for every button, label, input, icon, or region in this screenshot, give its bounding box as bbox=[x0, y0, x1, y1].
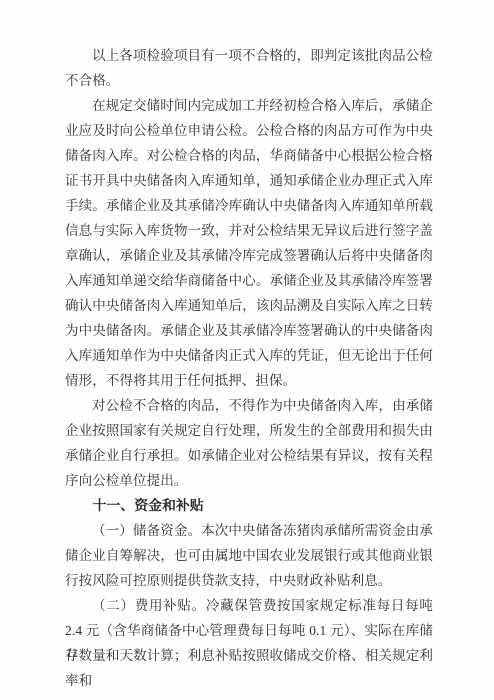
paragraph-inspection-fail-rule: 以上各项检验项目有一项不合格的，即判定该批肉品公检不合格。 bbox=[65, 43, 433, 93]
paragraph-failed-meat-handling: 对公检不合格的肉品，不得作为中央储备肉入库，由承储企业按照国家有关规定自行处理，… bbox=[65, 393, 433, 493]
page-number: 11 bbox=[66, 646, 78, 661]
paragraph-fee-subsidy: （二）费用补贴。冷藏保管费按国家规定标准每日每吨 2.4 元（含华商储备中心管理… bbox=[65, 593, 433, 693]
paragraph-warehouse-entry-procedure: 在规定交储时间内完成加工并经初检合格入库后，承储企业应及时向公检单位申请公检。公… bbox=[65, 93, 433, 393]
section-heading-funds-and-subsidies: 十一、资金和补贴 bbox=[65, 493, 433, 518]
document-body: 以上各项检验项目有一项不合格的，即判定该批肉品公检不合格。 在规定交储时间内完成… bbox=[65, 43, 433, 693]
paragraph-reserve-funds: （一）储备资金。本次中央储备冻猪肉承储所需资金由承储企业自筹解决，也可由属地中国… bbox=[65, 518, 433, 593]
document-page: 以上各项检验项目有一项不合格的，即判定该批肉品公检不合格。 在规定交储时间内完成… bbox=[0, 0, 494, 700]
